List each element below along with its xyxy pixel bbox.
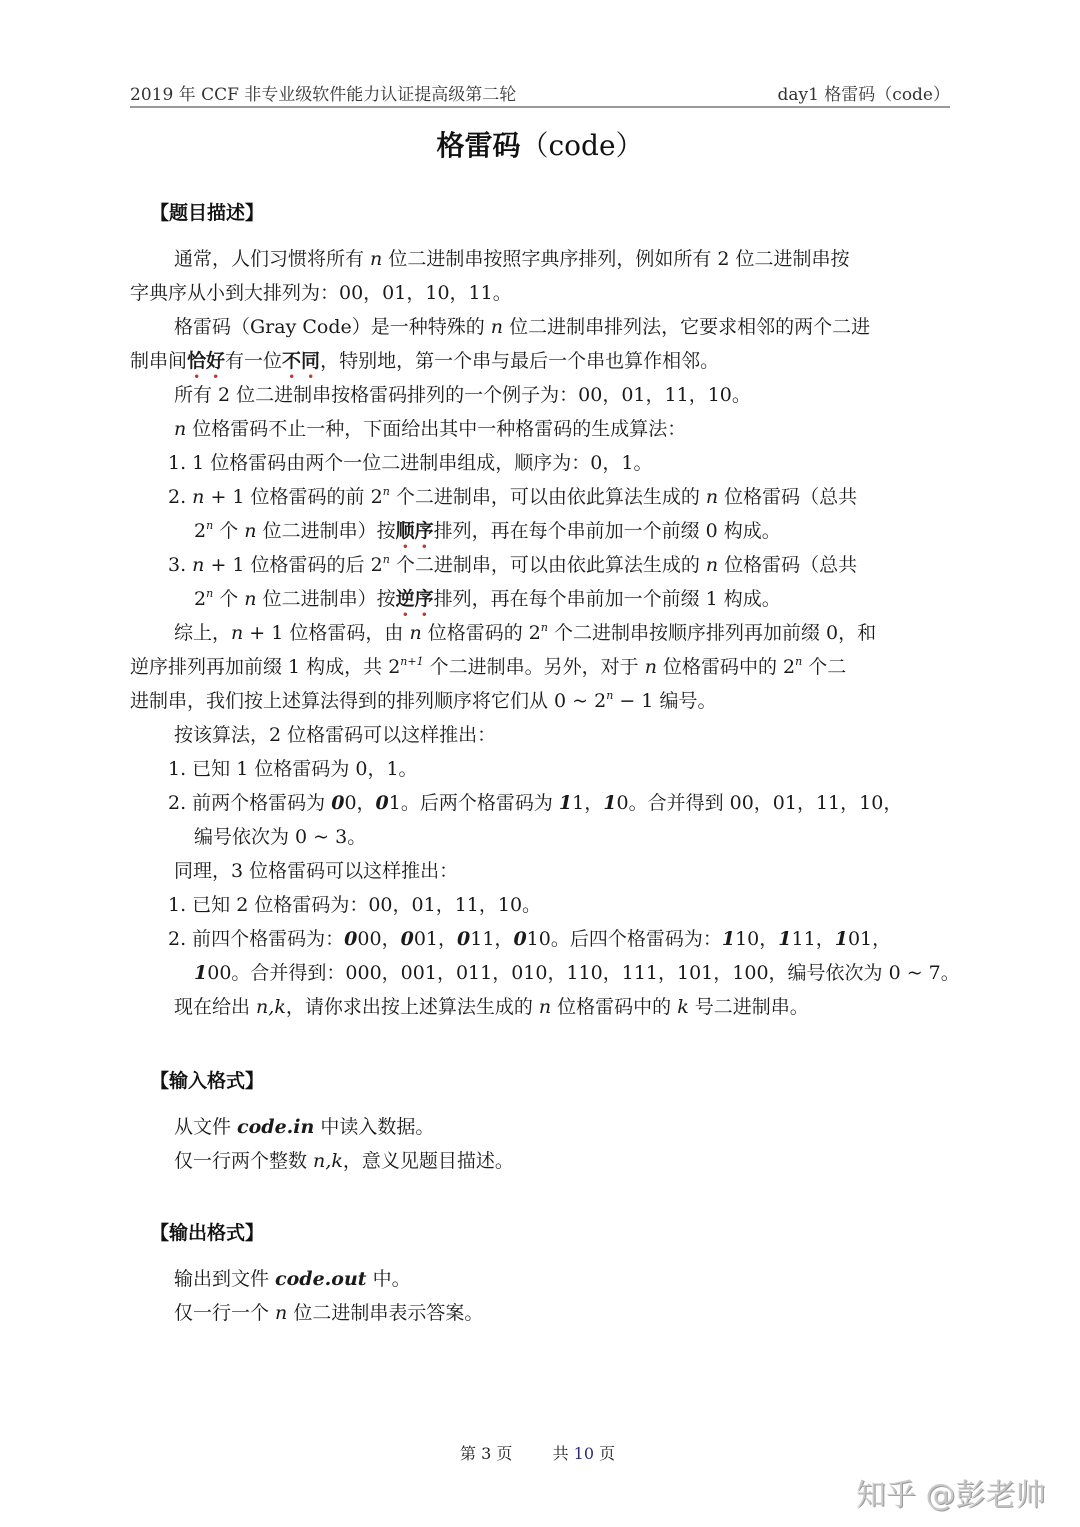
page-footer: 第 3 页 共 10 页 [460, 1441, 615, 1464]
total-pages-link[interactable]: 10 [574, 1444, 594, 1463]
text-line: 制串间恰好有一位不同，特别地，第一个串与最后一个串也算作相邻。 [130, 344, 950, 378]
text-line: 同理，3 位格雷码可以这样推出： [130, 854, 950, 888]
list-item-cont: 编号依次为 0 ~ 3。 [130, 820, 950, 854]
output-filename: code.out [275, 1268, 367, 1290]
list-item: 1. 已知 2 位格雷码为：00，01，11，10。 [130, 888, 950, 922]
list-item: 2. 前两个格雷码为 00，01。后两个格雷码为 11，10。合并得到 00，0… [130, 786, 950, 820]
text-line: 综上，n + 1 位格雷码，由 n 位格雷码的 2n 个二进制串按顺序排列再加前… [130, 616, 950, 650]
problem-title: 格雷码（code） [0, 124, 1080, 164]
text-line: n 位格雷码不止一种，下面给出其中一种格雷码的生成算法： [130, 412, 950, 446]
current-page: 3 [481, 1444, 491, 1463]
list-item-cont: 2n 个 n 位二进制串）按顺序排列，再在每个串前加一个前缀 0 构成。 [130, 514, 950, 548]
title-en: （code） [520, 129, 643, 162]
text-line: 逆序排列再加前缀 1 构成，共 2n+1 个二进制串。另外，对于 n 位格雷码中… [130, 650, 950, 684]
list-item: 1. 已知 1 位格雷码为 0，1。 [130, 752, 950, 786]
text-line: 现在给出 n,k，请你求出按上述算法生成的 n 位格雷码中的 k 号二进制串。 [130, 990, 950, 1024]
list-item: 1. 1 位格雷码由两个一位二进制串组成，顺序为：0，1。 [130, 446, 950, 480]
heading-input-format: 【输入格式】 [150, 1066, 264, 1093]
title-cn: 格雷码 [436, 129, 520, 162]
heading-description: 【题目描述】 [150, 198, 264, 225]
text-line: 进制串，我们按上述算法得到的排列顺序将它们从 0 ~ 2n − 1 编号。 [130, 684, 950, 718]
list-item: 3. n + 1 位格雷码的后 2n 个二进制串，可以由依此算法生成的 n 位格… [130, 548, 950, 582]
list-item-cont: 2n 个 n 位二进制串）按逆序排列，再在每个串前加一个前缀 1 构成。 [130, 582, 950, 616]
description-body: 通常，人们习惯将所有 n 位二进制串按照字典序排列，例如所有 2 位二进制串按 … [130, 242, 950, 1024]
list-item: 2. 前四个格雷码为：000，001，011，010。后四个格雷码为：110，1… [130, 922, 950, 956]
zhihu-watermark: 知乎 @彭老帅 [856, 1470, 1046, 1514]
page-header: 2019 年 CCF 非专业级软件能力认证提高级第二轮 day1 格雷码（cod… [130, 78, 950, 108]
input-format-body: 从文件 code.in 中读入数据。 仅一行两个整数 n,k，意义见题目描述。 [130, 1110, 950, 1178]
text-line: 字典序从小到大排列为：00，01，10，11。 [130, 276, 950, 310]
text-line: 所有 2 位二进制串按格雷码排列的一个例子为：00，01，11，10。 [130, 378, 950, 412]
text-line: 格雷码（Gray Code）是一种特殊的 n 位二进制串排列法，它要求相邻的两个… [130, 310, 950, 344]
text-line: 输出到文件 code.out 中。 [130, 1262, 950, 1296]
text-line: 通常，人们习惯将所有 n 位二进制串按照字典序排列，例如所有 2 位二进制串按 [130, 242, 950, 276]
text-line: 仅一行一个 n 位二进制串表示答案。 [130, 1296, 950, 1330]
text-line: 从文件 code.in 中读入数据。 [130, 1110, 950, 1144]
emphasis-different: 不同 [282, 350, 320, 372]
output-format-body: 输出到文件 code.out 中。 仅一行一个 n 位二进制串表示答案。 [130, 1262, 950, 1330]
emphasis-reverse: 逆序 [396, 588, 434, 610]
heading-output-format: 【输出格式】 [150, 1218, 264, 1245]
header-contest-name: 2019 年 CCF 非专业级软件能力认证提高级第二轮 [130, 80, 516, 105]
emphasis-order: 顺序 [396, 520, 434, 542]
list-item-cont: 100。合并得到：000，001，011，010，110，111，101，100… [130, 956, 950, 990]
emphasis-exactly: 恰好 [187, 350, 225, 372]
list-item: 2. n + 1 位格雷码的前 2n 个二进制串，可以由依此算法生成的 n 位格… [130, 480, 950, 514]
header-problem-name: day1 格雷码（code） [777, 80, 950, 105]
text-line: 仅一行两个整数 n,k，意义见题目描述。 [130, 1144, 950, 1178]
text-line: 按该算法，2 位格雷码可以这样推出： [130, 718, 950, 752]
input-filename: code.in [237, 1116, 314, 1138]
